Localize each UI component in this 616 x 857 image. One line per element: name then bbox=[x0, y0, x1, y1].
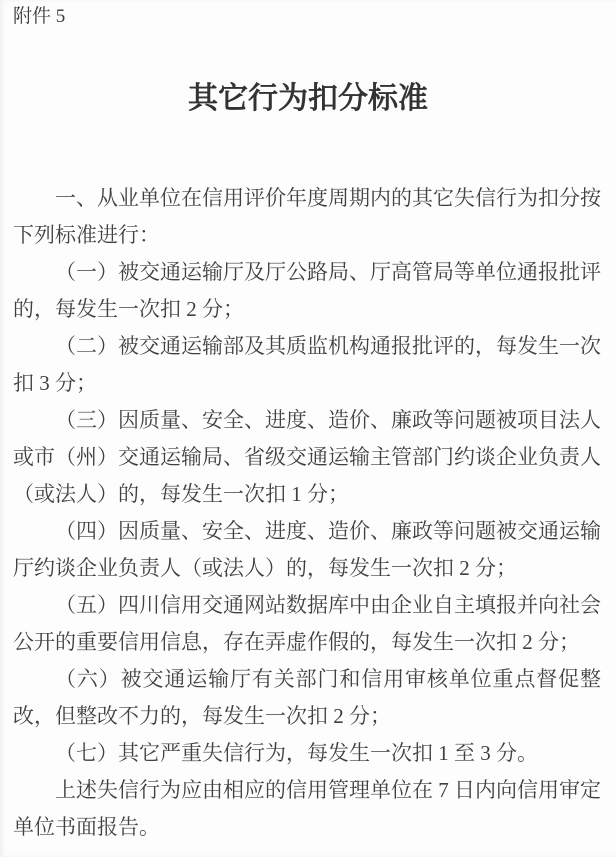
document-body: 一、从业单位在信用评价年度周期内的其它失信行为扣分按下列标准进行： （一）被交通… bbox=[13, 180, 601, 846]
paragraph-item-2: （二）被交通运输部及其质监机构通报批评的，每发生一次扣 3 分； bbox=[13, 328, 601, 402]
document-title: 其它行为扣分标准 bbox=[0, 81, 616, 117]
attachment-label: 附件 5 bbox=[13, 0, 616, 29]
paragraph-item-7: （七）其它严重失信行为，每发生一次扣 1 至 3 分。 bbox=[13, 735, 601, 772]
paragraph-item-6: （六）被交通运输厅有关部门和信用审核单位重点督促整改，但整改不力的，每发生一次扣… bbox=[13, 661, 601, 735]
document-page: 附件 5 其它行为扣分标准 一、从业单位在信用评价年度周期内的其它失信行为扣分按… bbox=[0, 0, 616, 857]
paragraph-item-1: （一）被交通运输厅及厅公路局、厅高管局等单位通报批评的，每发生一次扣 2 分； bbox=[13, 254, 601, 328]
paragraph-item-4: （四）因质量、安全、进度、造价、廉政等问题被交通运输厅约谈企业负责人（或法人）的… bbox=[13, 513, 601, 587]
paragraph-item-3: （三）因质量、安全、进度、造价、廉政等问题被项目法人或市（州）交通运输局、省级交… bbox=[13, 402, 601, 513]
paragraph-intro: 一、从业单位在信用评价年度周期内的其它失信行为扣分按下列标准进行： bbox=[13, 180, 601, 254]
paragraph-item-5: （五）四川信用交通网站数据库中由企业自主填报并向社会公开的重要信用信息，存在弄虚… bbox=[13, 587, 601, 661]
paragraph-closing: 上述失信行为应由相应的信用管理单位在 7 日内向信用审定单位书面报告。 bbox=[13, 772, 601, 846]
